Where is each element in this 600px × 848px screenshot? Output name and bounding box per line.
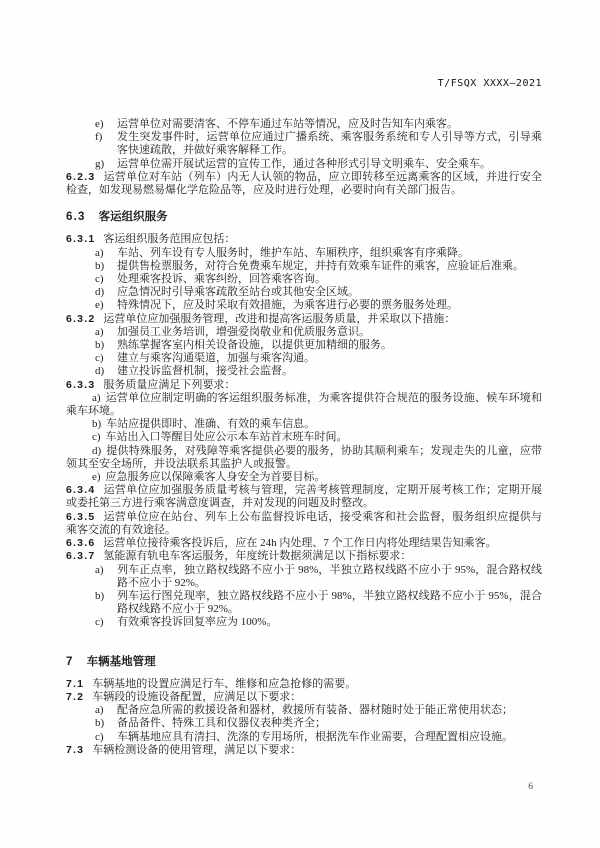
clause-text: 服务质量应满足下列要求： xyxy=(103,379,235,391)
list-item-label: d) xyxy=(95,365,104,378)
clause-text: 运营单位应加强服务质量考核与管理，完善考核管理制度，定期开展考核工作；定期开展或… xyxy=(66,484,542,509)
list-item-text: 车站出入口等醒目处应公示本车站首末班车时间。 xyxy=(106,431,348,443)
clause-text: 运营单位应在站台、列车上公布监督投诉电话，接受乘客和社会监督，服务组织应提供与乘… xyxy=(66,511,542,536)
list-item: a)车站、列车设有专人服务时，维护车站、车厢秩序，组织乘客有序乘降。 xyxy=(66,247,542,260)
clause-number: 6.3.7 xyxy=(66,550,95,562)
clause-text: 氢能源有轨电车客运服务，年度统计数据须满足以下指标要求： xyxy=(103,550,411,562)
list-item-label: g) xyxy=(95,158,104,171)
list-item: d)应急情况时引导乘客疏散至站台或其他安全区域。 xyxy=(66,286,542,299)
clause-number: 6.3.2 xyxy=(66,313,95,325)
list-item: f)发生突发事件时，运营单位应通过广播系统、乘客服务系统和专人引导等方式，引导乘… xyxy=(66,131,542,157)
list-item-text: 应急服务应以保障乘客人身安全为首要目标。 xyxy=(106,471,326,483)
list-item-text: 建立与乘客沟通渠道，加强与乘客沟通。 xyxy=(117,352,315,364)
list-item: e)特殊情况下，应及时采取有效措施，为乘客进行必要的票务服务处理。 xyxy=(66,299,542,312)
clause: 7.1车辆基地的设置应满足行车、维修和应急抢修的需要。 xyxy=(66,678,542,691)
clause-number: 7.1 xyxy=(66,678,84,690)
list-item: c)车辆基地应具有清扫、洗涤的专用场所，根据洗车作业需要，合理配置相应设施。 xyxy=(66,731,542,744)
list-item-text: 运营单位对需要清客、不停车通过车站等情况，应及时告知车内乘客。 xyxy=(117,118,458,130)
clause-text: 运营单位接待乘客投诉后，应在 24h 内处理、7 个工作日内将处理结果告知乘客。 xyxy=(103,537,496,549)
list-item-label: c) xyxy=(95,616,104,629)
list-item: b)提供售检票服务，对符合免费乘车规定，并持有效乘车证件的乘客，应验证后准乘。 xyxy=(66,260,542,273)
chapter-heading: 7车辆基地管理 xyxy=(66,656,542,669)
list-item-text: 处理乘客投诉、乘客纠纷，回答乘客咨询。 xyxy=(117,273,326,285)
list-item: c)车站出入口等醒目处应公示本车站首末班车时间。 xyxy=(66,431,542,444)
list-item-label: a) xyxy=(92,392,101,404)
clause-text: 运营单位对车站（列车）内无人认领的物品，应立即转移至远离乘客的区域，并进行安全检… xyxy=(66,171,542,196)
list-item-label: b) xyxy=(95,590,104,603)
clause-number: 6.3.4 xyxy=(66,484,95,496)
list-item-label: c) xyxy=(92,431,101,443)
clause: 6.3.3服务质量应满足下列要求： xyxy=(66,379,542,392)
clause: 6.3.2运营单位应加强服务管理，改进和提高客运服务质量，并采取以下措施： xyxy=(66,313,542,326)
clause: 7.3车辆检测设备的使用管理，满足以下要求： xyxy=(66,744,542,757)
clause: 6.3.7氢能源有轨电车客运服务，年度统计数据须满足以下指标要求： xyxy=(66,550,542,563)
list-item: b)备品备件、特殊工具和仪器仪表种类齐全； xyxy=(66,717,542,730)
list-item-text: 提供特殊服务，对残障等乘客提供必要的服务，协助其顺利乘车；发现走失的儿童，应带领… xyxy=(66,445,542,470)
section-heading: 6.3客运组织服务 xyxy=(66,211,542,224)
clause-text: 运营单位应加强服务管理，改进和提高客运服务质量，并采取以下措施： xyxy=(103,313,455,325)
list-item: a)加强员工业务培训，增强爱岗敬业和优质服务意识。 xyxy=(66,326,542,339)
list-item: c)处理乘客投诉、乘客纠纷，回答乘客咨询。 xyxy=(66,273,542,286)
list-item-text: 车辆基地应具有清扫、洗涤的专用场所，根据洗车作业需要，合理配置相应设施。 xyxy=(117,731,513,743)
chapter-title: 车辆基地管理 xyxy=(87,656,156,668)
list-item-text: 建立投诉监督机制，接受社会监督。 xyxy=(117,365,293,377)
clause: 6.3.5运营单位应在站台、列车上公布监督投诉电话，接受乘客和社会监督，服务组织… xyxy=(66,511,542,537)
section-number: 6.3 xyxy=(66,211,86,223)
list-item-text: 车站、列车设有专人服务时，维护车站、车厢秩序，组织乘客有序乘降。 xyxy=(117,247,469,259)
list-item-label: f) xyxy=(95,131,102,144)
list-item-text: 有效乘客投诉回复率应为 100%。 xyxy=(117,616,277,628)
list-item-text: 特殊情况下，应及时采取有效措施，为乘客进行必要的票务服务处理。 xyxy=(117,299,458,311)
list-item: d)提供特殊服务，对残障等乘客提供必要的服务，协助其顺利乘车；发现走失的儿童，应… xyxy=(66,445,542,471)
list-item-label: e) xyxy=(92,471,101,483)
chapter-number: 7 xyxy=(66,656,74,668)
list-item-label: b) xyxy=(92,418,101,430)
list-item: g)运营单位需开展试运营的宣传工作，通过各种形式引导文明乘车、安全乘车。 xyxy=(66,158,542,171)
list-item: e)运营单位对需要清客、不停车通过车站等情况，应及时告知车内乘客。 xyxy=(66,118,542,131)
list-item-text: 备品备件、特殊工具和仪器仪表种类齐全； xyxy=(117,717,326,729)
list-item-label: b) xyxy=(95,717,104,730)
list-item: d)建立投诉监督机制，接受社会监督。 xyxy=(66,365,542,378)
list-item: a)列车正点率，独立路权线路不应小于 98%，半独立路权线路不应小于 95%，混… xyxy=(66,564,542,590)
clause-number: 6.3.1 xyxy=(66,233,95,245)
list-item: e)应急服务应以保障乘客人身安全为首要目标。 xyxy=(66,471,542,484)
list-item-label: a) xyxy=(95,247,104,260)
list-item-text: 应急情况时引导乘客疏散至站台或其他安全区域。 xyxy=(117,286,359,298)
clause-number: 6.3.5 xyxy=(66,511,95,523)
list-item-label: a) xyxy=(95,564,104,577)
clause-number: 6.3.6 xyxy=(66,537,95,549)
list-item-label: b) xyxy=(95,260,104,273)
list-item: b)列车运行图兑现率，独立路权线路不应小于 98%，半独立路权线路不应小于 95… xyxy=(66,590,542,616)
list-item-text: 列车运行图兑现率，独立路权线路不应小于 98%，半独立路权线路不应小于 95%，… xyxy=(117,590,542,615)
standard-code-header: T/FSQX XXXX—2021 xyxy=(438,78,542,89)
clause-number: 7.3 xyxy=(66,744,84,756)
clause: 6.3.1客运组织服务范围应包括： xyxy=(66,233,542,246)
list-item-label: e) xyxy=(95,118,104,131)
list-item: c)有效乘客投诉回复率应为 100%。 xyxy=(66,616,542,629)
clause: 6.3.4运营单位应加强服务质量考核与管理，完善考核管理制度，定期开展考核工作；… xyxy=(66,484,542,510)
list-item: b)车站应提供即时、准确、有效的乘车信息。 xyxy=(66,418,542,431)
clause-text: 车辆基地的设置应满足行车、维修和应急抢修的需要。 xyxy=(92,678,356,690)
list-item-text: 熟练掌握客室内相关设备设施，以提供更加精细的服务。 xyxy=(117,339,392,351)
document-page: T/FSQX XXXX—2021 e)运营单位对需要清客、不停车通过车站等情况，… xyxy=(0,0,600,848)
list-item-label: e) xyxy=(95,299,104,312)
clause-number: 7.2 xyxy=(66,691,84,703)
clause-number: 6.2.3 xyxy=(66,171,95,183)
section-title: 客运组织服务 xyxy=(99,211,168,223)
clause-text: 车辆检测设备的使用管理，满足以下要求： xyxy=(92,744,301,756)
list-item-text: 配备应急所需的救援设备和器材，救援所有装备、器材随时处于能正常使用状态； xyxy=(117,704,513,716)
list-item-text: 运营单位应制定明确的客运组织服务标准，为乘客提供符合规范的服务设施、候车环境和乘… xyxy=(66,392,542,417)
document-body: e)运营单位对需要清客、不停车通过车站等情况，应及时告知车内乘客。 f)发生突发… xyxy=(66,118,542,757)
clause: 6.2.3运营单位对车站（列车）内无人认领的物品，应立即转移至远离乘客的区域，并… xyxy=(66,171,542,197)
list-item: b)熟练掌握客室内相关设备设施，以提供更加精细的服务。 xyxy=(66,339,542,352)
list-item-label: d) xyxy=(95,286,104,299)
list-item: a)运营单位应制定明确的客运组织服务标准，为乘客提供符合规范的服务设施、候车环境… xyxy=(66,392,542,418)
clause: 7.2车辆段的设施设备配置，应满足以下要求： xyxy=(66,691,542,704)
list-item-label: c) xyxy=(95,273,104,286)
clause: 6.3.6运营单位接待乘客投诉后，应在 24h 内处理、7 个工作日内将处理结果… xyxy=(66,537,542,550)
list-item-text: 加强员工业务培训，增强爱岗敬业和优质服务意识。 xyxy=(117,326,370,338)
list-item-label: b) xyxy=(95,339,104,352)
list-item-text: 发生突发事件时，运营单位应通过广播系统、乘客服务系统和专人引导等方式，引导乘客快… xyxy=(117,131,542,156)
list-item: c)建立与乘客沟通渠道，加强与乘客沟通。 xyxy=(66,352,542,365)
clause-text: 车辆段的设施设备配置，应满足以下要求： xyxy=(92,691,301,703)
clause-text: 客运组织服务范围应包括： xyxy=(103,233,235,245)
list-item-text: 列车正点率，独立路权线路不应小于 98%，半独立路权线路不应小于 95%，混合路… xyxy=(117,564,542,589)
list-item: a)配备应急所需的救援设备和器材，救援所有装备、器材随时处于能正常使用状态； xyxy=(66,704,542,717)
list-item-text: 提供售检票服务，对符合免费乘车规定，并持有效乘车证件的乘客，应验证后准乘。 xyxy=(117,260,524,272)
list-item-text: 运营单位需开展试运营的宣传工作，通过各种形式引导文明乘车、安全乘车。 xyxy=(117,158,491,170)
list-item-label: a) xyxy=(95,326,104,339)
list-item-label: d) xyxy=(92,445,101,457)
list-item-label: c) xyxy=(95,352,104,365)
list-item-label: a) xyxy=(95,704,104,717)
list-item-label: c) xyxy=(95,731,104,744)
list-item-text: 车站应提供即时、准确、有效的乘车信息。 xyxy=(106,418,315,430)
page-number: 6 xyxy=(528,782,533,792)
clause-number: 6.3.3 xyxy=(66,379,95,391)
